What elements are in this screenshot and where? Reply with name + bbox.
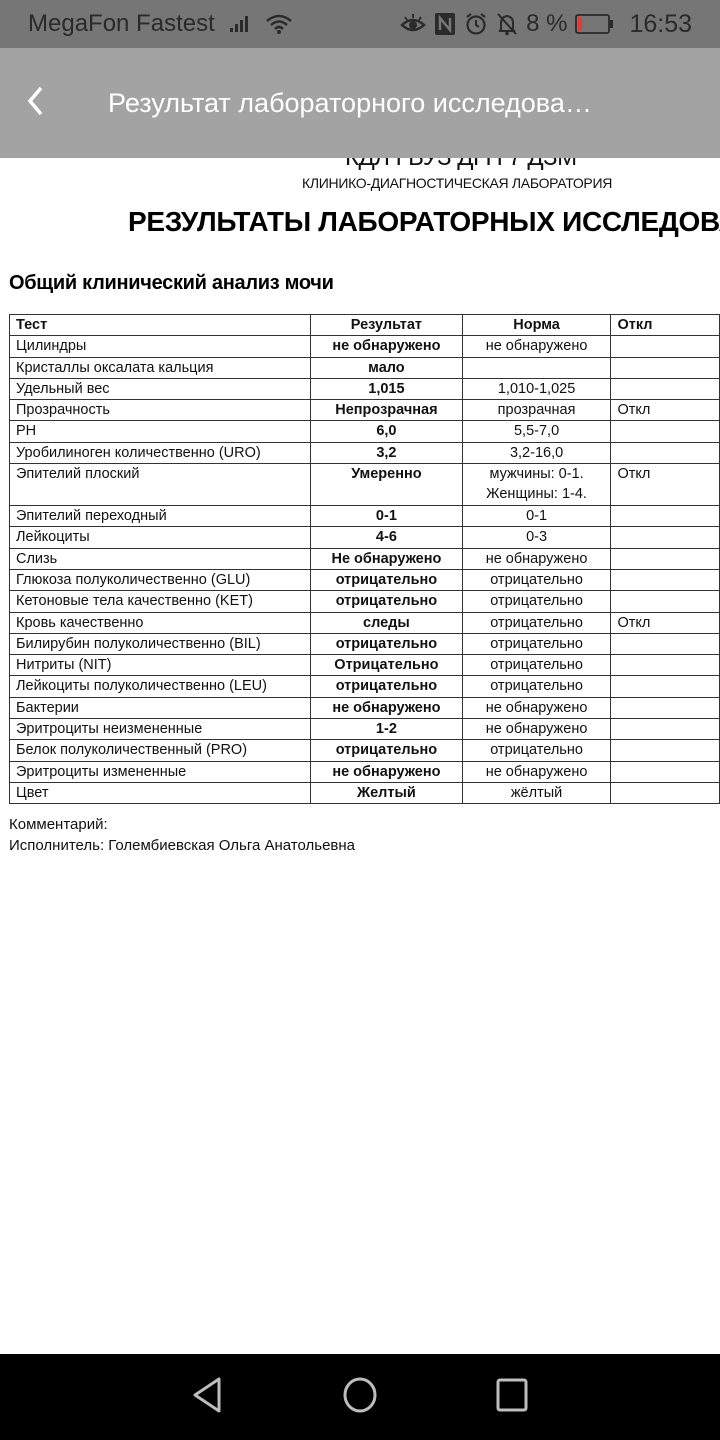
test-name: Билирубин полуколичественно (BIL) bbox=[10, 633, 311, 654]
table-row: PH6,05,5-7,0 bbox=[10, 421, 720, 442]
test-deviation: Откл bbox=[611, 400, 720, 421]
test-name: Цилиндры bbox=[10, 336, 311, 357]
test-name: Глюкоза полуколичественно (GLU) bbox=[10, 569, 311, 590]
test-result: Непрозрачная bbox=[311, 400, 462, 421]
test-norm: отрицательно bbox=[462, 569, 611, 590]
test-norm: отрицательно bbox=[462, 676, 611, 697]
test-deviation bbox=[611, 697, 720, 718]
nav-home-button[interactable] bbox=[336, 1373, 384, 1421]
test-deviation bbox=[611, 633, 720, 654]
test-norm: не обнаружено bbox=[462, 548, 611, 569]
status-bar: MegaFon Fastest 8 % 16:53 bbox=[0, 0, 720, 48]
test-result: 3,2 bbox=[311, 442, 462, 463]
test-deviation bbox=[611, 676, 720, 697]
test-result: Желтый bbox=[311, 782, 462, 803]
table-row: ПрозрачностьНепрозрачнаяпрозрачнаяОткл bbox=[10, 400, 720, 421]
test-norm: отрицательно bbox=[462, 612, 611, 633]
test-result: отрицательно bbox=[311, 569, 462, 590]
battery-percent: 8 % bbox=[526, 10, 567, 38]
table-row: Кетоновые тела качественно (KET)отрицате… bbox=[10, 591, 720, 612]
test-norm: не обнаружено bbox=[462, 761, 611, 782]
test-norm: мужчины: 0-1.Женщины: 1-4. bbox=[462, 464, 611, 506]
test-deviation: Откл bbox=[611, 612, 720, 633]
test-result: 6,0 bbox=[311, 421, 462, 442]
nfc-icon bbox=[434, 12, 456, 36]
test-result: отрицательно bbox=[311, 591, 462, 612]
table-row: Кристаллы оксалата кальциямало bbox=[10, 357, 720, 378]
battery-icon bbox=[575, 13, 615, 35]
home-circle-icon bbox=[342, 1376, 378, 1419]
test-norm: отрицательно bbox=[462, 740, 611, 761]
chevron-left-icon bbox=[25, 85, 45, 122]
table-row: Нитриты (NIT)Отрицательноотрицательно bbox=[10, 655, 720, 676]
comment-label: Комментарий: bbox=[9, 814, 355, 835]
test-result: Отрицательно bbox=[311, 655, 462, 676]
test-norm: прозрачная bbox=[462, 400, 611, 421]
test-deviation bbox=[611, 527, 720, 548]
organization-name: КДЛ ГБУЗ ДГП 7 ДЗМ bbox=[345, 158, 577, 172]
test-deviation bbox=[611, 761, 720, 782]
test-norm: 3,2-16,0 bbox=[462, 442, 611, 463]
test-norm: 0-3 bbox=[462, 527, 611, 548]
page-title: Результат лабораторного исследова… bbox=[108, 88, 592, 119]
test-result: отрицательно bbox=[311, 740, 462, 761]
table-row: Эритроциты неизмененные1-2не обнаружено bbox=[10, 719, 720, 740]
nav-recents-button[interactable] bbox=[488, 1373, 536, 1421]
table-header-row: Тест Результат Норма Откл bbox=[10, 315, 720, 336]
table-row: Лейкоциты4-60-3 bbox=[10, 527, 720, 548]
test-name: Бактерии bbox=[10, 697, 311, 718]
test-norm: отрицательно bbox=[462, 633, 611, 654]
test-name: Эритроциты неизмененные bbox=[10, 719, 311, 740]
test-name: Слизь bbox=[10, 548, 311, 569]
table-row: Уробилиноген количественно (URO)3,23,2-1… bbox=[10, 442, 720, 463]
test-deviation bbox=[611, 378, 720, 399]
test-norm: отрицательно bbox=[462, 591, 611, 612]
test-name: Лейкоциты bbox=[10, 527, 311, 548]
test-result: 4-6 bbox=[311, 527, 462, 548]
test-result: 1-2 bbox=[311, 719, 462, 740]
test-norm: 1,010-1,025 bbox=[462, 378, 611, 399]
test-result: отрицательно bbox=[311, 676, 462, 697]
test-deviation bbox=[611, 336, 720, 357]
test-result: следы bbox=[311, 612, 462, 633]
test-result: Умеренно bbox=[311, 464, 462, 506]
document-title: РЕЗУЛЬТАТЫ ЛАБОРАТОРНЫХ ИССЛЕДОВАНИЙ bbox=[128, 206, 720, 238]
test-deviation bbox=[611, 591, 720, 612]
test-deviation bbox=[611, 357, 720, 378]
test-name: Удельный вес bbox=[10, 378, 311, 399]
table-row: Кровь качественноследыотрицательноОткл bbox=[10, 612, 720, 633]
test-name: Эритроциты измененные bbox=[10, 761, 311, 782]
table-row: Удельный вес1,0151,010-1,025 bbox=[10, 378, 720, 399]
test-name: Нитриты (NIT) bbox=[10, 655, 311, 676]
test-norm: жёлтый bbox=[462, 782, 611, 803]
test-name: Цвет bbox=[10, 782, 311, 803]
performer: Исполнитель: Голембиевская Ольга Анатоль… bbox=[9, 835, 355, 856]
table-row: ЦветЖелтыйжёлтый bbox=[10, 782, 720, 803]
test-name: Прозрачность bbox=[10, 400, 311, 421]
table-row: Эритроциты измененныене обнаруженоне обн… bbox=[10, 761, 720, 782]
header-deviation: Откл bbox=[611, 315, 720, 336]
norm-line: Женщины: 1-4. bbox=[469, 484, 605, 504]
table-row: Белок полуколичественный (PRO)отрицатель… bbox=[10, 740, 720, 761]
signal-icon bbox=[229, 15, 251, 33]
wifi-icon bbox=[265, 13, 293, 35]
test-deviation bbox=[611, 782, 720, 803]
section-title: Общий клинический анализ мочи bbox=[9, 272, 334, 295]
test-norm: 0-1 bbox=[462, 506, 611, 527]
norm-line: мужчины: 0-1. bbox=[469, 464, 605, 484]
table-row: Эпителий переходный0-10-1 bbox=[10, 506, 720, 527]
test-name: Уробилиноген количественно (URO) bbox=[10, 442, 311, 463]
test-name: Лейкоциты полуколичественно (LEU) bbox=[10, 676, 311, 697]
navigation-bar bbox=[0, 1354, 720, 1440]
test-name: Эпителий переходный bbox=[10, 506, 311, 527]
test-name: Кристаллы оксалата кальция bbox=[10, 357, 311, 378]
carrier-name: MegaFon Fastest bbox=[28, 10, 215, 38]
clock: 16:53 bbox=[629, 10, 692, 39]
test-result: 1,015 bbox=[311, 378, 462, 399]
comments-block: Комментарий: Исполнитель: Голембиевская … bbox=[9, 814, 355, 856]
test-norm: отрицательно bbox=[462, 655, 611, 676]
test-deviation bbox=[611, 569, 720, 590]
laboratory-name: КЛИНИКО-ДИАГНОСТИЧЕСКАЯ ЛАБОРАТОРИЯ bbox=[302, 175, 612, 191]
test-name: PH bbox=[10, 421, 311, 442]
test-norm: 5,5-7,0 bbox=[462, 421, 611, 442]
test-deviation bbox=[611, 421, 720, 442]
test-norm: не обнаружено bbox=[462, 719, 611, 740]
test-result: не обнаружено bbox=[311, 761, 462, 782]
back-button[interactable] bbox=[0, 48, 70, 158]
table-row: Лейкоциты полуколичественно (LEU)отрицат… bbox=[10, 676, 720, 697]
test-deviation: Откл bbox=[611, 464, 720, 506]
eye-icon bbox=[400, 13, 426, 35]
document-viewer[interactable]: КДЛ ГБУЗ ДГП 7 ДЗМ КЛИНИКО-ДИАГНОСТИЧЕСК… bbox=[0, 158, 720, 1354]
test-result: Не обнаружено bbox=[311, 548, 462, 569]
header-result: Результат bbox=[311, 315, 462, 336]
nav-back-button[interactable] bbox=[184, 1373, 232, 1421]
alarm-icon bbox=[464, 12, 488, 36]
table-row: Цилиндрыне обнаруженоне обнаружено bbox=[10, 336, 720, 357]
test-deviation bbox=[611, 548, 720, 569]
header-test: Тест bbox=[10, 315, 311, 336]
test-name: Кровь качественно bbox=[10, 612, 311, 633]
test-deviation bbox=[611, 655, 720, 676]
table-row: Глюкоза полуколичественно (GLU)отрицател… bbox=[10, 569, 720, 590]
recents-square-icon bbox=[496, 1377, 528, 1418]
test-deviation bbox=[611, 740, 720, 761]
results-table: Тест Результат Норма Откл Цилиндрыне обн… bbox=[9, 314, 720, 804]
table-row: Эпителий плоскийУмеренномужчины: 0-1.Жен… bbox=[10, 464, 720, 506]
test-norm: не обнаружено bbox=[462, 697, 611, 718]
test-result: 0-1 bbox=[311, 506, 462, 527]
test-norm bbox=[462, 357, 611, 378]
app-bar: Результат лабораторного исследова… bbox=[0, 48, 720, 158]
back-triangle-icon bbox=[191, 1376, 225, 1419]
table-row: СлизьНе обнаруженоне обнаружено bbox=[10, 548, 720, 569]
header-norm: Норма bbox=[462, 315, 611, 336]
test-name: Кетоновые тела качественно (KET) bbox=[10, 591, 311, 612]
table-row: Бактериине обнаруженоне обнаружено bbox=[10, 697, 720, 718]
test-deviation bbox=[611, 442, 720, 463]
test-result: не обнаружено bbox=[311, 697, 462, 718]
test-name: Белок полуколичественный (PRO) bbox=[10, 740, 311, 761]
test-deviation bbox=[611, 506, 720, 527]
test-name: Эпителий плоский bbox=[10, 464, 311, 506]
test-deviation bbox=[611, 719, 720, 740]
bell-off-icon bbox=[496, 12, 518, 36]
test-result: мало bbox=[311, 357, 462, 378]
test-norm: не обнаружено bbox=[462, 336, 611, 357]
test-result: не обнаружено bbox=[311, 336, 462, 357]
test-result: отрицательно bbox=[311, 633, 462, 654]
table-row: Билирубин полуколичественно (BIL)отрицат… bbox=[10, 633, 720, 654]
